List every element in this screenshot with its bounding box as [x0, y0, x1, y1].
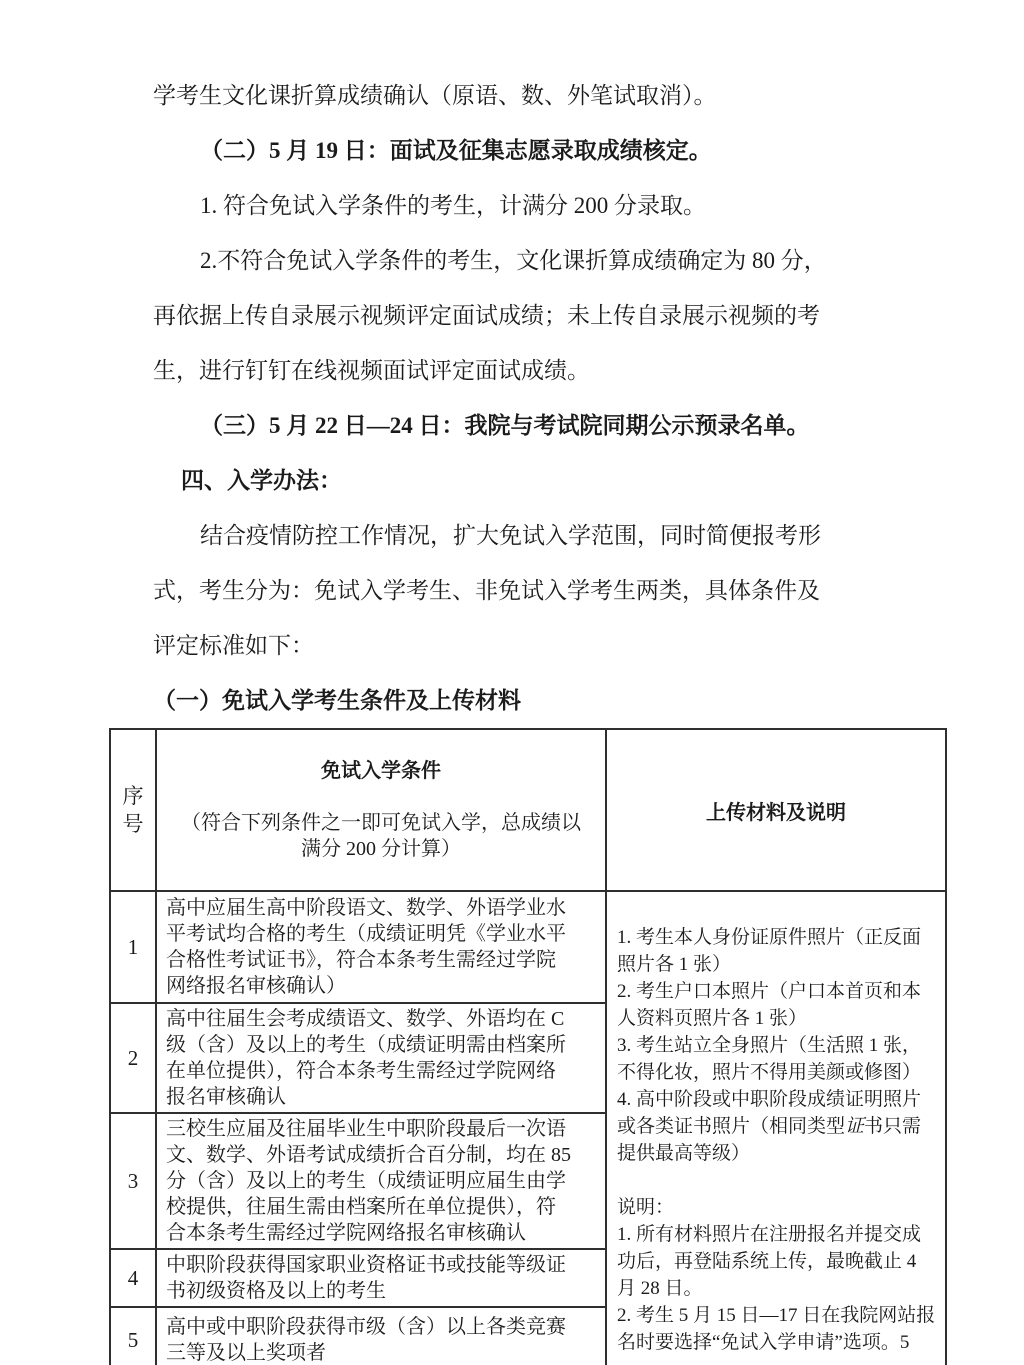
heading-section-2: （二）5 月 19 日：面试及征集志愿录取成绩核定。	[153, 123, 876, 178]
serial-cell: 3	[110, 1113, 156, 1249]
document-body: 学考生文化课折算成绩确认（原语、数、外笔试取消）。 （二）5 月 19 日：面试…	[0, 0, 1024, 728]
materials-italic-char: 证	[845, 1116, 864, 1137]
heading-section-3: （三）5 月 22 日—24 日：我院与考试院同期公示预录名单。	[153, 398, 876, 453]
serial-cell: 5	[110, 1307, 156, 1365]
serial-cell: 2	[110, 1003, 156, 1113]
materials-text-part1: 1. 考生本人身份证原件照片（正反面 照片各 1 张） 2. 考生户口本照片（户…	[617, 927, 921, 1137]
document-page: 学考生文化课折算成绩确认（原语、数、外笔试取消）。 （二）5 月 19 日：面试…	[0, 0, 1024, 1365]
paragraph-intro: 结合疫情防控工作情况，扩大免试入学范围，同时简便报考形 式，考生分为：免试入学考…	[153, 508, 876, 673]
table-header-row: 序 号 免试入学条件 （符合下列条件之一即可免试入学，总成绩以 满分 200 分…	[110, 729, 946, 891]
paragraph-continuation: 学考生文化课折算成绩确认（原语、数、外笔试取消）。	[153, 68, 876, 123]
list-item-1: 1. 符合免试入学条件的考生，计满分 200 分录取。	[153, 178, 876, 233]
table-row: 1 高中应届生高中阶段语文、数学、外语学业水 平考试均合格的考生（成绩证明凭《学…	[110, 891, 946, 1003]
serial-cell: 4	[110, 1249, 156, 1307]
condition-header-subtitle: （符合下列条件之一即可免试入学，总成绩以 满分 200 分计算）	[161, 810, 601, 862]
serial-cell: 1	[110, 891, 156, 1003]
condition-cell: 高中或中职阶段获得市级（含）以上各类竞赛 三等及以上奖项者	[156, 1307, 606, 1365]
condition-cell: 三校生应届及往届毕业生中职阶段最后一次语 文、数学、外语考试成绩折合百分制，均在…	[156, 1113, 606, 1249]
list-item-2: 2.不符合免试入学条件的考生，文化课折算成绩确定为 80 分， 再依据上传自录展…	[153, 233, 876, 398]
condition-cell: 中职阶段获得国家职业资格证书或技能等级证 书初级资格及以上的考生	[156, 1249, 606, 1307]
condition-header-title: 免试入学条件	[161, 758, 601, 784]
header-cell-materials: 上传材料及说明	[606, 729, 946, 891]
conditions-table: 序 号 免试入学条件 （符合下列条件之一即可免试入学，总成绩以 满分 200 分…	[109, 728, 947, 1365]
header-cell-serial: 序 号	[110, 729, 156, 891]
heading-subsection-1: （一）免试入学考生条件及上传材料	[153, 673, 876, 728]
materials-text-part2: 书只需 提供最高等级） 说明： 1. 所有材料照片在注册报名并提交成 功后，再登…	[617, 1116, 935, 1353]
materials-cell: 1. 考生本人身份证原件照片（正反面 照片各 1 张） 2. 考生户口本照片（户…	[606, 891, 946, 1365]
condition-cell: 高中往届生会考成绩语文、数学、外语均在 C 级（含）及以上的考生（成绩证明需由档…	[156, 1003, 606, 1113]
heading-chapter-4: 四、入学办法：	[153, 453, 876, 508]
header-cell-condition: 免试入学条件 （符合下列条件之一即可免试入学，总成绩以 满分 200 分计算）	[156, 729, 606, 891]
condition-cell: 高中应届生高中阶段语文、数学、外语学业水 平考试均合格的考生（成绩证明凭《学业水…	[156, 891, 606, 1003]
